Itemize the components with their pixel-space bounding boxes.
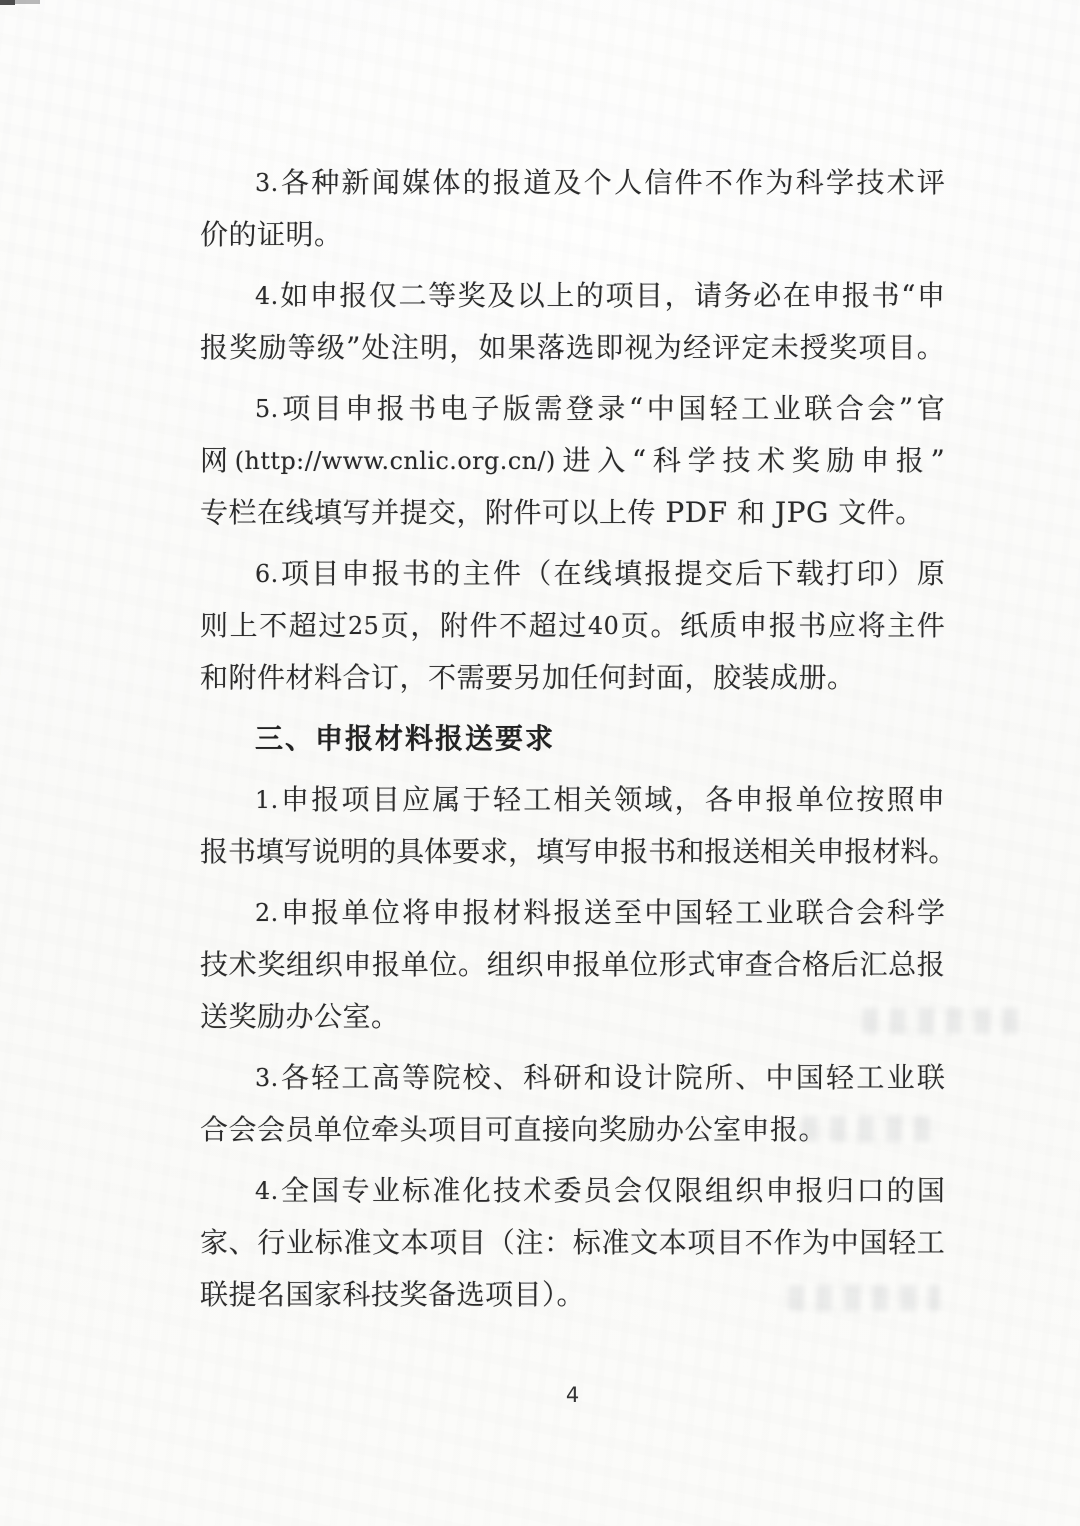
glyph: 超 <box>289 600 317 652</box>
glyph: 超 <box>529 600 557 652</box>
glyph: 国 <box>675 887 703 939</box>
glyph: 件 <box>917 600 945 652</box>
glyph: 。 <box>928 826 956 878</box>
glyph: 书 <box>872 270 900 322</box>
glyph: 过 <box>558 600 586 652</box>
glyph: （ <box>523 548 551 600</box>
text-line: 专栏在线填写并提交，附件可以上传 PDF 和 JPG 文件。 <box>200 487 945 539</box>
glyph: 科 <box>796 157 824 209</box>
glyph: 和 <box>584 1052 612 1104</box>
glyph: 体 <box>424 826 452 878</box>
glyph: 联 <box>796 887 824 939</box>
glyph: 报 <box>896 435 924 487</box>
glyph: 申 <box>739 600 767 652</box>
glyph: 报 <box>554 887 582 939</box>
glyph: 织 <box>515 939 543 991</box>
glyph: 附 <box>440 600 468 652</box>
glyph: 送 <box>732 826 760 878</box>
glyph: 申 <box>281 887 309 939</box>
glyph: 工 <box>741 383 769 435</box>
glyph: 申 <box>343 939 371 991</box>
glyph: 材 <box>872 826 900 878</box>
glyph: 项 <box>605 270 633 322</box>
glyph: 进 <box>562 435 590 487</box>
glyph: 入 <box>597 435 625 487</box>
glyph: ” <box>931 435 945 487</box>
text-line: 1.申报项目应属于轻工相关领域，各申报单位按照申 <box>200 774 945 826</box>
glyph: 项 <box>281 548 309 600</box>
glyph: 评 <box>712 322 740 374</box>
glyph: 新 <box>342 157 370 209</box>
glyph: 联 <box>804 383 832 435</box>
glyph: 国 <box>311 1165 339 1217</box>
glyph: 轻 <box>705 887 733 939</box>
glyph: 报 <box>765 774 793 826</box>
glyph: 申 <box>281 774 309 826</box>
glyph: 联 <box>917 1052 945 1104</box>
glyph: 查 <box>745 939 773 991</box>
glyph: 申 <box>861 435 889 487</box>
glyph: 目 <box>716 1217 744 1269</box>
glyph: 的 <box>887 1165 915 1217</box>
glyph: 未 <box>771 322 799 374</box>
glyph: 报 <box>704 826 732 878</box>
glyph: 作 <box>773 1217 801 1269</box>
glyph: 填 <box>256 826 284 878</box>
glyph: 登 <box>566 383 594 435</box>
glyph: 书 <box>402 548 430 600</box>
text-line: 5.项目申报书电子版需登录“中国轻工业联合会”官 <box>200 383 945 435</box>
glyph: 评 <box>917 157 945 209</box>
glyph: 报 <box>573 939 601 991</box>
glyph: 位 <box>630 939 658 991</box>
glyph: 术 <box>229 939 257 991</box>
glyph: 二 <box>399 270 427 322</box>
glyph: 校 <box>463 1052 491 1104</box>
glyph: 料 <box>900 826 928 878</box>
glyph: 申 <box>735 774 763 826</box>
glyph: 写 <box>564 826 592 878</box>
glyph: 说 <box>312 826 340 878</box>
scan-artifact-light <box>15 0 40 4</box>
glyph: 。 <box>650 600 678 652</box>
glyph: 上 <box>546 270 574 322</box>
glyph: 轻 <box>493 774 521 826</box>
glyph: (http://www.cnlic.org.cn/) <box>235 435 556 487</box>
glyph: 经 <box>683 322 711 374</box>
glyph: 格 <box>802 939 830 991</box>
glyph: 报 <box>842 270 870 322</box>
glyph: 高 <box>372 1052 400 1104</box>
glyph: 等 <box>288 322 316 374</box>
glyph: 书 <box>408 383 436 435</box>
glyph: 励 <box>258 322 286 374</box>
glyph: 的 <box>432 548 460 600</box>
glyph: 项 <box>429 1217 457 1269</box>
glyph: （ <box>487 1217 515 1269</box>
page-number: 4 <box>200 1383 945 1407</box>
glyph: 3. <box>255 157 279 209</box>
glyph: 如 <box>479 322 507 374</box>
glyph: 织 <box>315 939 343 991</box>
glyph: 业 <box>286 1217 314 1269</box>
glyph: 明 <box>420 322 448 374</box>
glyph: 件 <box>470 600 498 652</box>
glyph: 单 <box>796 774 824 826</box>
glyph: ” <box>346 322 360 374</box>
glyph: 相 <box>554 774 582 826</box>
glyph: ： <box>544 1217 572 1269</box>
glyph: 明 <box>340 826 368 878</box>
glyph: 仅 <box>369 270 397 322</box>
glyph: 报 <box>377 383 405 435</box>
glyph: 审 <box>716 939 744 991</box>
glyph: 应 <box>828 600 856 652</box>
glyph: 报 <box>311 774 339 826</box>
glyph: 果 <box>508 322 536 374</box>
glyph: 目 <box>372 774 400 826</box>
text-line: 送奖励办公室。 <box>200 991 945 1043</box>
glyph: 组 <box>705 1165 733 1217</box>
glyph: ， <box>449 322 477 374</box>
text-line: 和附件材料合订，不需要另加任何封面，胶装成册。 <box>200 652 945 704</box>
glyph: 励 <box>826 435 854 487</box>
glyph: 院 <box>432 1052 460 1104</box>
glyph: 限 <box>675 1165 703 1217</box>
glyph: 40 <box>588 600 619 652</box>
glyph: 工 <box>735 887 763 939</box>
glyph: 4. <box>255 270 279 322</box>
glyph: 准 <box>343 1217 371 1269</box>
section-heading: 三、申报材料报送要求 <box>200 713 945 765</box>
glyph: 页 <box>381 600 409 652</box>
glyph: 位 <box>429 939 457 991</box>
glyph: 的 <box>576 270 604 322</box>
glyph: 即 <box>595 322 623 374</box>
glyph: 式 <box>687 939 715 991</box>
glyph: 申 <box>432 887 460 939</box>
glyph: 学 <box>917 887 945 939</box>
glyph: ， <box>665 270 693 322</box>
glyph: 文 <box>372 1217 400 1269</box>
glyph: 业 <box>773 383 801 435</box>
glyph: 将 <box>858 600 886 652</box>
glyph: 注 <box>391 322 419 374</box>
glyph: 为 <box>654 322 682 374</box>
glyph: 视 <box>625 322 653 374</box>
glyph: 项 <box>687 1217 715 1269</box>
glyph: 至 <box>614 887 642 939</box>
glyph: 材 <box>493 887 521 939</box>
glyph: 中 <box>647 383 675 435</box>
glyph: 域 <box>644 774 672 826</box>
glyph: 于 <box>463 774 491 826</box>
glyph: 。 <box>458 939 486 991</box>
text-line: 4.全国专业标准化技术委员会仅限组织申报归口的国 <box>200 1165 945 1217</box>
glyph: 申 <box>544 939 572 991</box>
text-line: 技术奖组织申报单位。组织申报单位形式审查合格后汇总报 <box>200 939 945 991</box>
glyph: 奖 <box>458 270 486 322</box>
glyph: 术 <box>523 1165 551 1217</box>
glyph: 工 <box>523 774 551 826</box>
glyph: 为 <box>802 1217 830 1269</box>
glyph: 印 <box>856 548 884 600</box>
glyph: 目 <box>635 270 663 322</box>
glyph: 奖 <box>792 435 820 487</box>
glyph: 报 <box>620 826 648 878</box>
glyph: 目 <box>314 383 342 435</box>
glyph: 总 <box>888 939 916 991</box>
glyph: 属 <box>432 774 460 826</box>
glyph: 体 <box>432 157 460 209</box>
glyph: 如 <box>280 270 308 322</box>
glyph: 必 <box>753 270 781 322</box>
glyph: 单 <box>342 887 370 939</box>
glyph: 项 <box>858 322 886 374</box>
glyph: “ <box>632 435 646 487</box>
glyph: 奖 <box>229 322 257 374</box>
glyph: 打 <box>826 548 854 600</box>
glyph: 以 <box>517 270 545 322</box>
glyph: 轻 <box>826 1052 854 1104</box>
glyph: 书 <box>228 826 256 878</box>
glyph: 务 <box>724 270 752 322</box>
glyph: 国 <box>859 1217 887 1269</box>
glyph: 主 <box>463 548 491 600</box>
glyph: 书 <box>798 600 826 652</box>
glyph: 填 <box>536 826 564 878</box>
glyph: 业 <box>765 887 793 939</box>
glyph: 技 <box>856 157 884 209</box>
glyph: 、 <box>735 1052 763 1104</box>
glyph: 会 <box>867 383 895 435</box>
glyph: 仅 <box>644 1165 672 1217</box>
glyph: 设 <box>614 1052 642 1104</box>
glyph: 国 <box>796 1052 824 1104</box>
glyph: “ <box>629 383 643 435</box>
glyph: 等 <box>402 1052 430 1104</box>
glyph: 口 <box>856 1165 884 1217</box>
glyph: ， <box>675 774 703 826</box>
glyph: 具 <box>396 826 424 878</box>
glyph: 项 <box>282 383 310 435</box>
glyph: 将 <box>402 887 430 939</box>
glyph: 报 <box>493 157 521 209</box>
glyph: 页 <box>621 600 649 652</box>
glyph: 各 <box>281 1052 309 1104</box>
glyph: 专 <box>342 1165 370 1217</box>
glyph: 。 <box>917 322 945 374</box>
glyph: 书 <box>648 826 676 878</box>
glyph: 国 <box>917 1165 945 1217</box>
glyph: 科 <box>653 435 681 487</box>
glyph: 科 <box>523 1052 551 1104</box>
glyph: 汇 <box>859 939 887 991</box>
glyph: 要 <box>452 826 480 878</box>
glyph: 请 <box>694 270 722 322</box>
glyph: 报 <box>463 887 491 939</box>
glyph: 全 <box>281 1165 309 1217</box>
glyph: 报 <box>769 600 797 652</box>
glyph: 报 <box>200 322 228 374</box>
glyph: 报 <box>796 1165 824 1217</box>
text-line: 报书填写说明的具体要求，填写申报书和报送相关申报材料。 <box>200 826 945 878</box>
glyph: 关 <box>584 774 612 826</box>
glyph: 中 <box>644 887 672 939</box>
glyph: 各 <box>705 774 733 826</box>
glyph: 报 <box>844 826 872 878</box>
glyph: 准 <box>432 1165 460 1217</box>
glyph: 申 <box>917 270 945 322</box>
glyph: 组 <box>487 939 515 991</box>
glyph: 织 <box>735 1165 763 1217</box>
glyph: 轻 <box>311 1052 339 1104</box>
glyph: 组 <box>286 939 314 991</box>
glyph: 工 <box>917 1217 945 1269</box>
glyph: 个 <box>584 157 612 209</box>
glyph: 选 <box>566 322 594 374</box>
glyph: 项 <box>342 774 370 826</box>
glyph: 人 <box>614 157 642 209</box>
glyph: 标 <box>573 1217 601 1269</box>
glyph: 领 <box>614 774 642 826</box>
glyph: 求 <box>480 826 508 878</box>
glyph: 业 <box>372 1165 400 1217</box>
glyph: 文 <box>630 1217 658 1269</box>
glyph: 在 <box>783 270 811 322</box>
glyph: 申 <box>592 826 620 878</box>
glyph: 种 <box>311 157 339 209</box>
glyph: 目 <box>311 548 339 600</box>
glyph: 等 <box>428 270 456 322</box>
glyph: 信 <box>644 157 672 209</box>
glyph: 的 <box>463 157 491 209</box>
glyph: 计 <box>644 1052 672 1104</box>
glyph: 写 <box>284 826 312 878</box>
glyph: 学 <box>688 435 716 487</box>
glyph: 标 <box>402 1165 430 1217</box>
glyph: 定 <box>741 322 769 374</box>
glyph: 件 <box>675 157 703 209</box>
glyph: 员 <box>584 1165 612 1217</box>
glyph: 科 <box>887 887 915 939</box>
glyph: 关 <box>788 826 816 878</box>
glyph: 目 <box>888 322 916 374</box>
glyph: “ <box>901 270 915 322</box>
glyph: 报 <box>200 826 228 878</box>
glyph: 件 <box>493 548 521 600</box>
glyph: ） <box>887 548 915 600</box>
glyph: 工 <box>856 1052 884 1104</box>
glyph: 媒 <box>402 157 430 209</box>
scanned-page: 3.各种新闻媒体的报道及个人信件不作为科学技术评价的证明。4.如申报仅二等奖及以… <box>0 0 1080 1526</box>
glyph: 中 <box>831 1217 859 1269</box>
glyph: 官 <box>917 383 945 435</box>
glyph: 工 <box>342 1052 370 1104</box>
glyph: 报 <box>372 548 400 600</box>
glyph: 技 <box>722 435 750 487</box>
glyph: 交 <box>705 548 733 600</box>
glyph: 5. <box>255 383 279 435</box>
glyph: 则 <box>200 600 228 652</box>
glyph: 技 <box>493 1165 521 1217</box>
document-body: 3.各种新闻媒体的报道及个人信件不作为科学技术评价的证明。4.如申报仅二等奖及以… <box>200 157 945 1321</box>
glyph: 合 <box>836 383 864 435</box>
glyph: 会 <box>856 887 884 939</box>
scan-artifact-dark <box>0 0 15 5</box>
glyph: 会 <box>614 1165 642 1217</box>
glyph: 闻 <box>372 157 400 209</box>
glyph: 按 <box>856 774 884 826</box>
glyph: 填 <box>614 548 642 600</box>
glyph: 行 <box>257 1217 285 1269</box>
glyph: 的 <box>368 826 396 878</box>
glyph: 提 <box>675 548 703 600</box>
glyph: 电 <box>440 383 468 435</box>
glyph: 和 <box>676 826 704 878</box>
text-line: 则上不超过25页，附件不超过40页。纸质申报书应将主件 <box>200 600 945 652</box>
text-line: 2.申报单位将申报材料报送至中国轻工业联合会科学 <box>200 887 945 939</box>
glyph: 6. <box>255 548 279 600</box>
glyph: 化 <box>463 1165 491 1217</box>
glyph: 报 <box>644 548 672 600</box>
glyph: 轻 <box>710 383 738 435</box>
glyph: 照 <box>887 774 915 826</box>
glyph: 申 <box>310 270 338 322</box>
glyph: 线 <box>584 548 612 600</box>
glyph: 落 <box>537 322 565 374</box>
glyph: 2. <box>255 887 279 939</box>
glyph: 过 <box>318 600 346 652</box>
glyph: 在 <box>554 548 582 600</box>
text-line: 4.如申报仅二等奖及以上的项目，请务必在申报书“申 <box>200 270 945 322</box>
glyph: 送 <box>584 887 612 939</box>
text-line: 家、行业标准文本项目（注：标准文本项目不作为中国轻工 <box>200 1217 945 1269</box>
glyph: 国 <box>678 383 706 435</box>
glyph: ” <box>899 383 913 435</box>
glyph: ， <box>508 826 536 878</box>
glyph: 、 <box>493 1052 521 1104</box>
glyph: 注 <box>515 1217 543 1269</box>
glyph: 及 <box>487 270 515 322</box>
glyph: 奖 <box>257 939 285 991</box>
glyph: 3. <box>255 1052 279 1104</box>
glyph: 归 <box>826 1165 854 1217</box>
glyph: 需 <box>534 383 562 435</box>
glyph: 单 <box>601 939 629 991</box>
glyph: 委 <box>554 1165 582 1217</box>
glyph: 申 <box>765 1165 793 1217</box>
glyph: 相 <box>760 826 788 878</box>
glyph: 所 <box>705 1052 733 1104</box>
glyph: 轻 <box>888 1217 916 1269</box>
glyph: 形 <box>659 939 687 991</box>
glyph: 应 <box>402 774 430 826</box>
glyph: 中 <box>765 1052 793 1104</box>
glyph: 4. <box>255 1165 279 1217</box>
glyph: 纸 <box>680 600 708 652</box>
glyph: 处 <box>362 322 390 374</box>
glyph: 主 <box>887 600 915 652</box>
text-line: 合会会员单位牵头项目可直接向奖励办公室申报。 <box>200 1104 945 1156</box>
glyph: 报 <box>339 270 367 322</box>
glyph: 奖 <box>829 322 857 374</box>
text-line: 3.各轻工高等院校、科研和设计院所、中国轻工业联 <box>200 1052 945 1104</box>
glyph: 网 <box>200 435 228 487</box>
glyph: 、 <box>229 1217 257 1269</box>
glyph: 申 <box>816 826 844 878</box>
glyph: 合 <box>826 887 854 939</box>
